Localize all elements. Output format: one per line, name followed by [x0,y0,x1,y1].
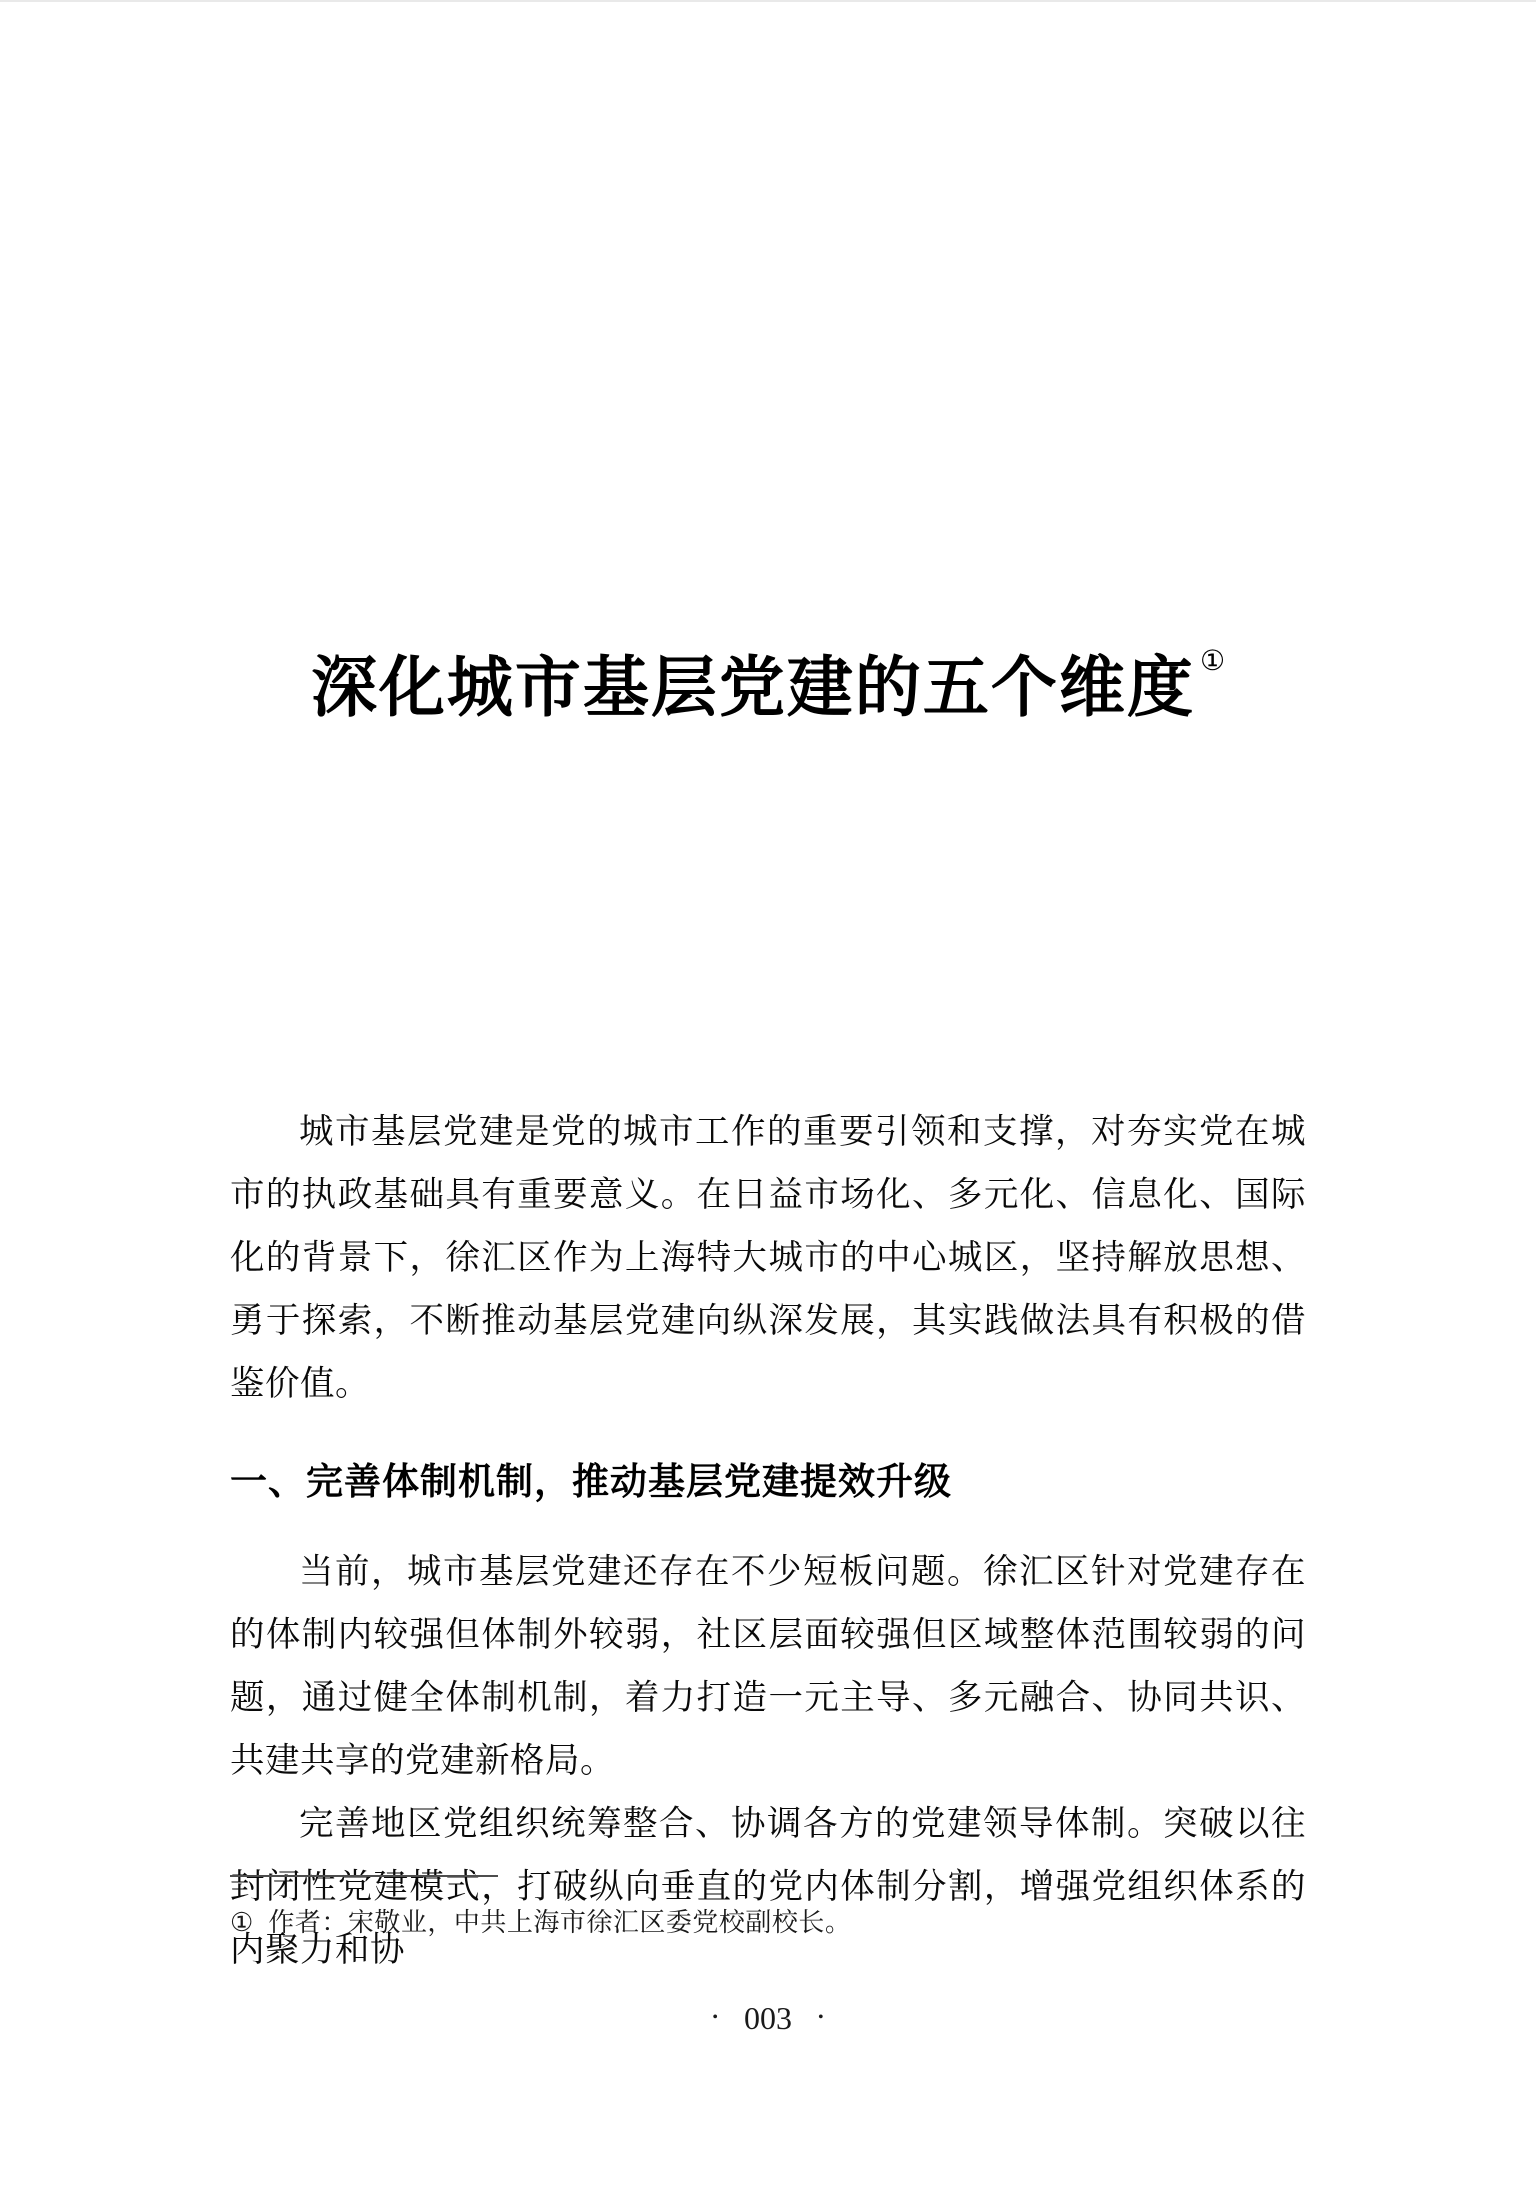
footnote-divider [230,1875,498,1877]
footnote-marker: ① [230,1904,253,1942]
article-title-text: 深化城市基层党建的五个维度 [311,652,1195,725]
section-heading: 一、完善体制机制，推动基层党建提效升级 [230,1460,1306,1504]
footnote-text: 作者：宋敬业，中共上海市徐汇区委党校副校长。 [268,1904,1306,1942]
article-title: 深化城市基层党建的五个维度① [0,648,1536,731]
folio-dot-right: • [818,2010,824,2026]
page-top-scan-edge [0,0,1536,2]
folio-number: 003 [744,2000,792,2037]
title-footnote-reference: ① [1200,644,1225,679]
footnote: ① 作者：宋敬业，中共上海市徐汇区委党校副校长。 [230,1904,1306,1942]
folio-dot-left: • [712,2010,718,2026]
article-body: 城市基层党建是党的城市工作的重要引领和支撑，对夯实党在城市的执政基础具有重要意义… [230,1101,1306,1982]
book-page: 深化城市基层党建的五个维度① 城市基层党建是党的城市工作的重要引领和支撑，对夯实… [0,0,1536,2212]
paragraph-body: 当前，城市基层党建还存在不少短板问题。徐汇区针对党建存在的体制内较强但体制外较弱… [230,1541,1306,1793]
page-number: • 003 • [0,1997,1536,2039]
paragraph-intro: 城市基层党建是党的城市工作的重要引领和支撑，对夯实党在城市的执政基础具有重要意义… [230,1101,1306,1416]
footnote-area: ① 作者：宋敬业，中共上海市徐汇区委党校副校长。 [230,1875,1306,1942]
